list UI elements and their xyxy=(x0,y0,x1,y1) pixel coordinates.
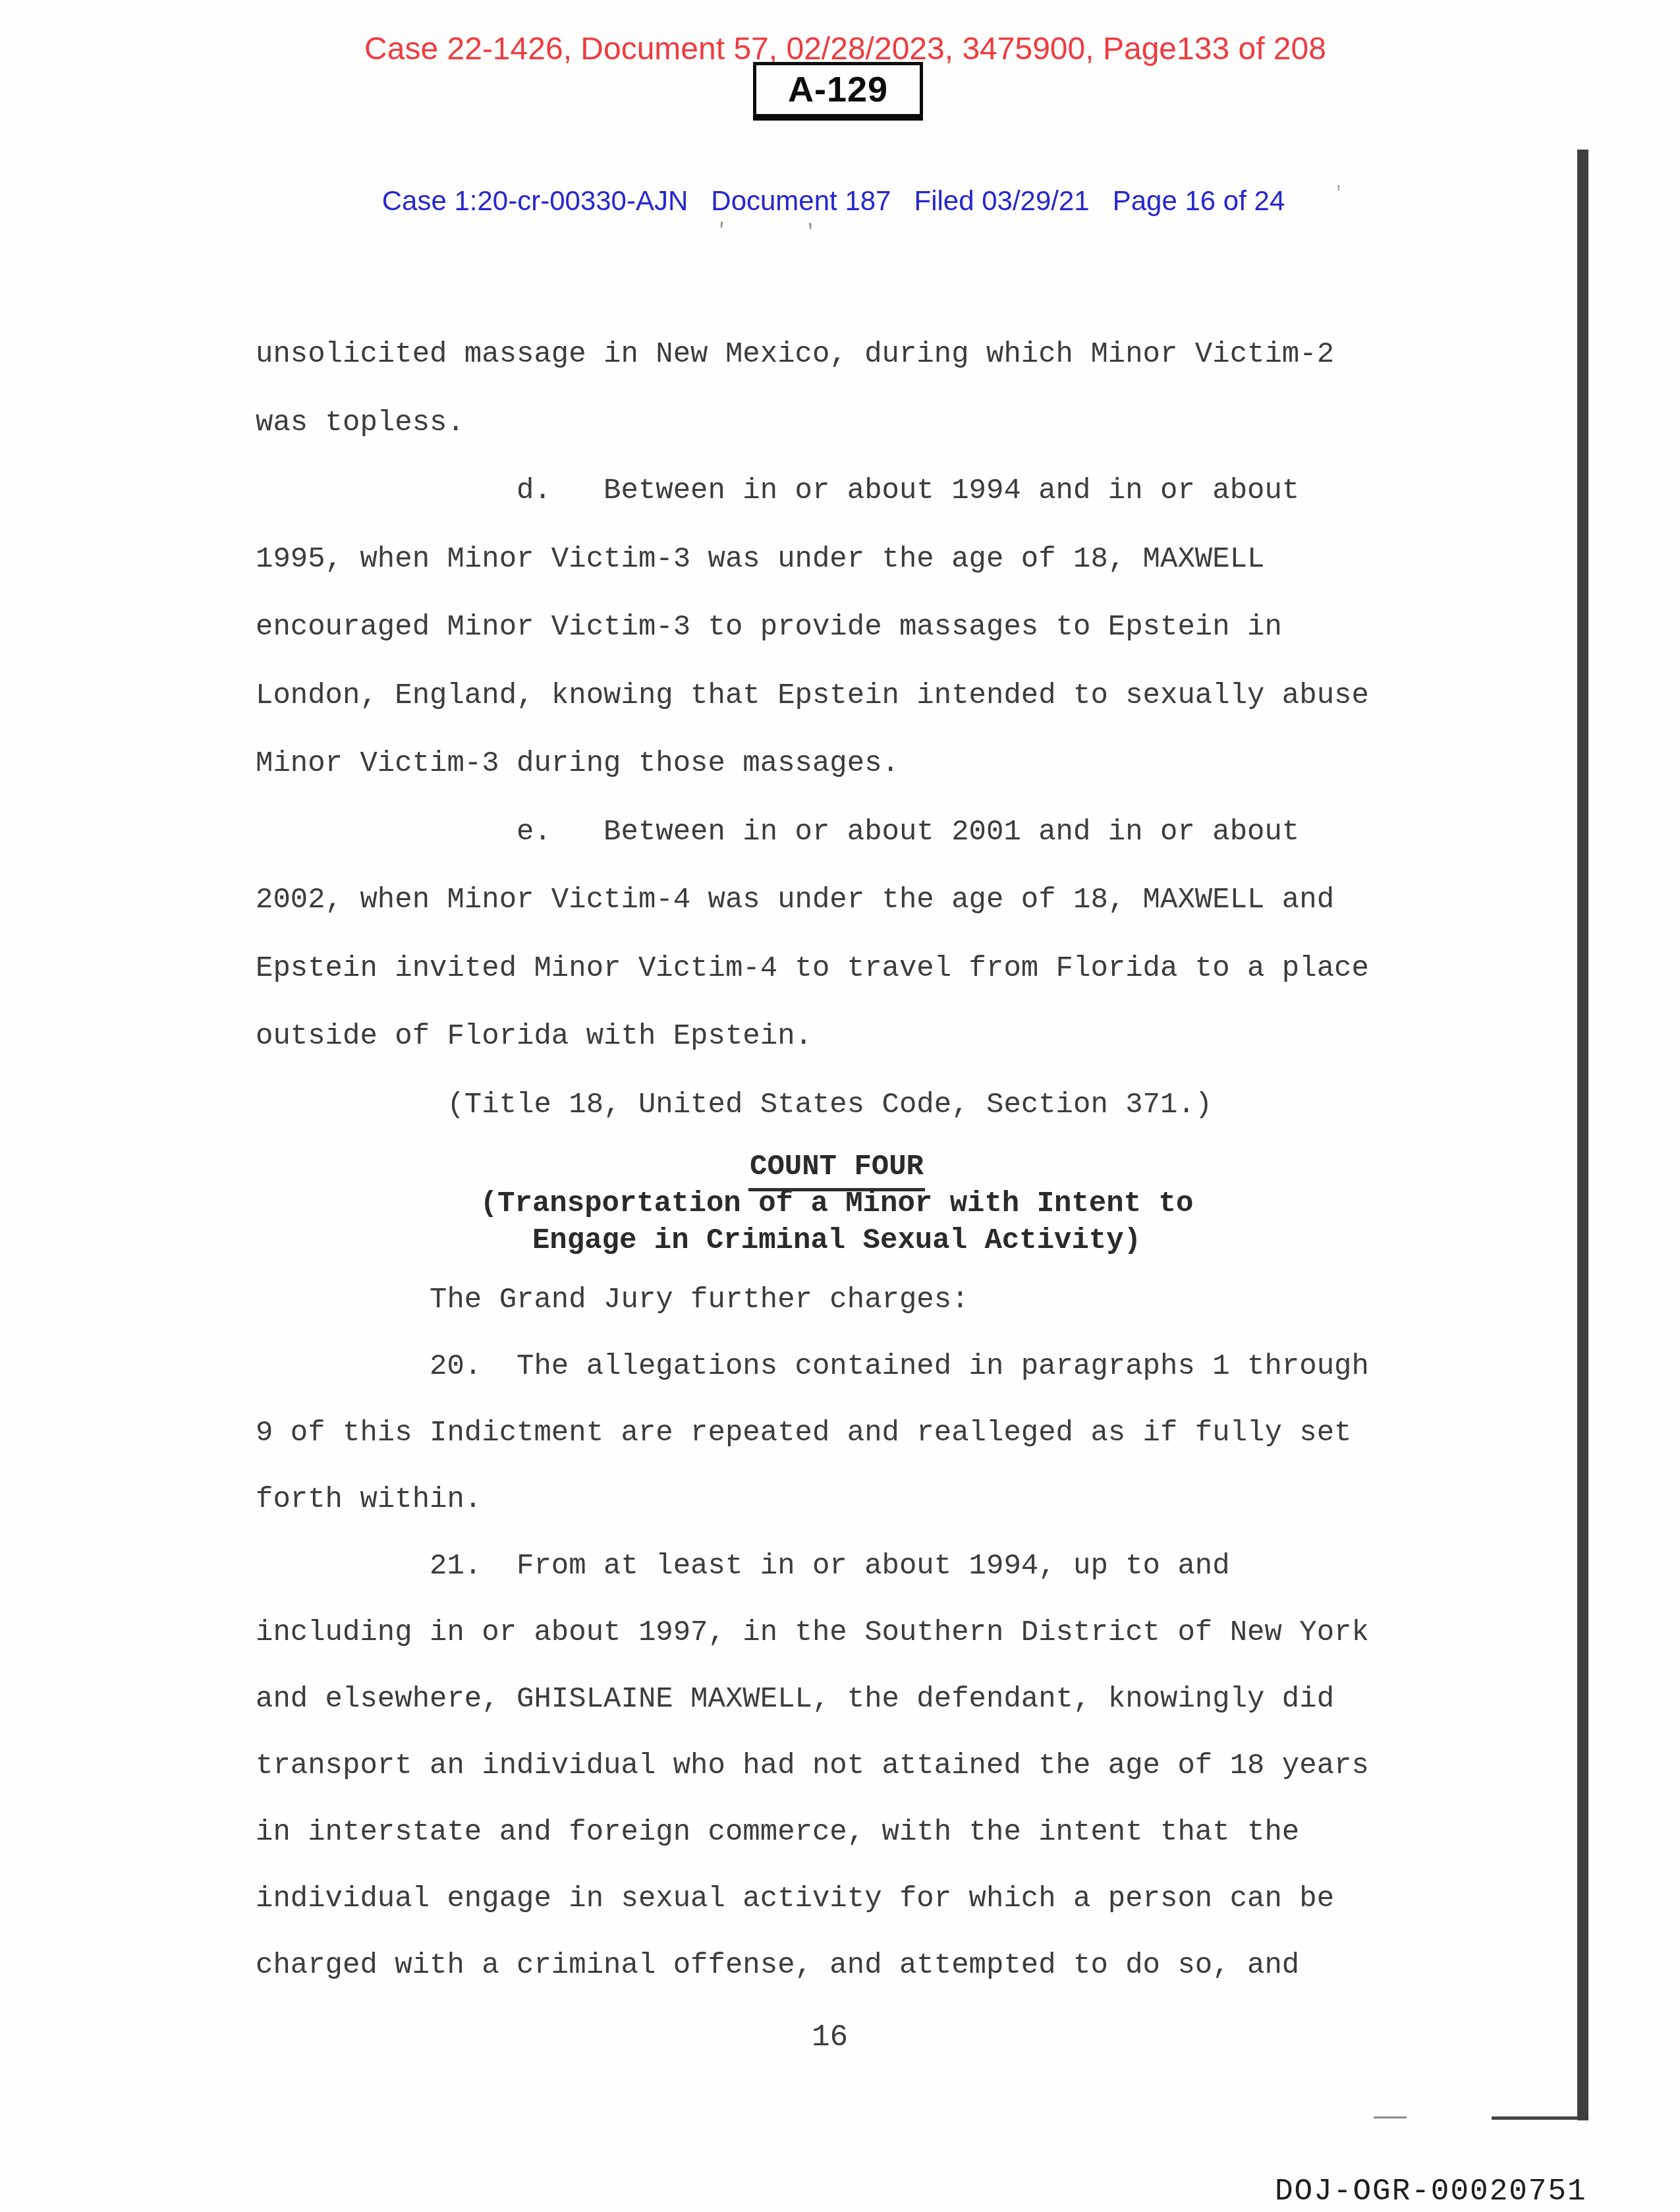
scan-artifact-mark: ' xyxy=(804,222,818,243)
scan-edge-dash xyxy=(1374,2116,1407,2118)
scan-artifact-mark: ' xyxy=(714,221,728,242)
document-line: Epstein invited Minor Victim-4 to travel… xyxy=(256,935,1369,1004)
document-line: Minor Victim-3 during those massages. xyxy=(256,730,1369,799)
document-line: forth within. xyxy=(256,1467,1369,1533)
document-line: in interstate and foreign commerce, with… xyxy=(256,1800,1369,1866)
count-four-subtitle-line-2: Engage in Criminal Sexual Activity) xyxy=(532,1224,1141,1257)
document-line: unsolicited massage in New Mexico, durin… xyxy=(256,321,1369,389)
indictment-body-paragraphs-d-e: unsolicited massage in New Mexico, durin… xyxy=(256,321,1369,1139)
count-four-subtitle-line-1: (Transportation of a Minor with Intent t… xyxy=(480,1187,1194,1220)
indictment-body-paragraphs-20-21: The Grand Jury further charges: 20. The … xyxy=(256,1267,1369,1999)
document-line: was topless. xyxy=(256,389,1369,458)
document-line: individual engage in sexual activity for… xyxy=(256,1866,1369,1933)
document-line: 1995, when Minor Victim-3 was under the … xyxy=(256,526,1369,594)
document-line: 9 of this Indictment are repeated and re… xyxy=(256,1400,1369,1467)
document-line: 21. From at least in or about 1994, up t… xyxy=(256,1533,1369,1600)
page-number: 16 xyxy=(812,2022,848,2053)
bates-number: DOJ-OGR-00020751 xyxy=(1275,2176,1587,2207)
appendix-exhibit-stamp-label: A-129 xyxy=(788,69,888,110)
document-line: The Grand Jury further charges: xyxy=(256,1267,1369,1334)
document-line: transport an individual who had not atta… xyxy=(256,1733,1369,1800)
document-line: London, England, knowing that Epstein in… xyxy=(256,662,1369,731)
document-line: outside of Florida with Epstein. xyxy=(256,1003,1369,1071)
document-line: and elsewhere, GHISLAINE MAXWELL, the de… xyxy=(256,1666,1369,1733)
district-court-docket-header: Case 1:20-cr-00330-AJN Document 187 File… xyxy=(382,184,1285,218)
document-line: (Title 18, United States Code, Section 3… xyxy=(256,1071,1369,1140)
count-four-heading: COUNT FOUR xyxy=(748,1150,925,1191)
scan-edge-corner-line xyxy=(1492,2116,1579,2120)
document-line: 2002, when Minor Victim-4 was under the … xyxy=(256,866,1369,935)
document-line: charged with a criminal offense, and att… xyxy=(256,1933,1369,1999)
scan-artifact-mark: ' xyxy=(1333,183,1344,203)
document-line: encouraged Minor Victim-3 to provide mas… xyxy=(256,594,1369,662)
scan-edge-vertical-line xyxy=(1577,150,1588,2120)
document-line: d. Between in or about 1994 and in or ab… xyxy=(256,457,1369,526)
document-line: 20. The allegations contained in paragra… xyxy=(256,1334,1369,1400)
scanned-court-document-page: Case 22-1426, Document 57, 02/28/2023, 3… xyxy=(0,0,1680,2212)
appendix-exhibit-stamp: A-129 xyxy=(753,62,923,121)
document-line: e. Between in or about 2001 and in or ab… xyxy=(256,799,1369,867)
document-line: including in or about 1997, in the South… xyxy=(256,1600,1369,1666)
